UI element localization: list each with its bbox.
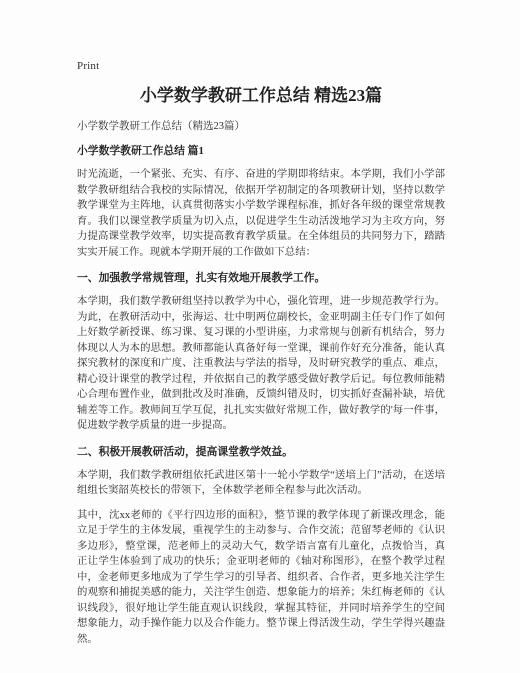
section-heading-2: 二、积极开展教研活动，提高课堂教学效益。 bbox=[77, 445, 445, 459]
paragraph-intro: 时光流逝，一个紧张、充实、有序、奋进的学期即将结束。本学期，我们小学部数学教研组… bbox=[77, 167, 445, 260]
page-subtitle: 小学数学教研工作总结（精选23篇） bbox=[77, 120, 445, 133]
section-heading-1: 一、加强教学常规管理，扎实有效地开展教学工作。 bbox=[77, 271, 445, 285]
page-title: 小学数学教研工作总结 精选23篇 bbox=[77, 86, 445, 106]
article-title: 小学数学教研工作总结 篇1 bbox=[77, 145, 445, 158]
print-link[interactable]: Print bbox=[77, 60, 99, 72]
paragraph-lesson-reviews: 其中，沈xx老师的《平行四边形的面积》，整节课的教学体现了新课改理念，能立足于学… bbox=[77, 508, 445, 648]
paragraph-research-activity: 本学期，我们数学教研组依托武进区第十一轮小学数学“送培上门”活动，在送培组组长窦… bbox=[77, 468, 445, 499]
print-preview-page: Print 小学数学教研工作总结 精选23篇 小学数学教研工作总结（精选23篇）… bbox=[0, 0, 520, 673]
document-content: Print 小学数学教研工作总结 精选23篇 小学数学教研工作总结（精选23篇）… bbox=[0, 0, 520, 647]
paragraph-teaching-routine: 本学期，我们数学教研组坚持以教学为中心，强化管理，进一步规范教学行为。为此，在教… bbox=[77, 294, 445, 434]
